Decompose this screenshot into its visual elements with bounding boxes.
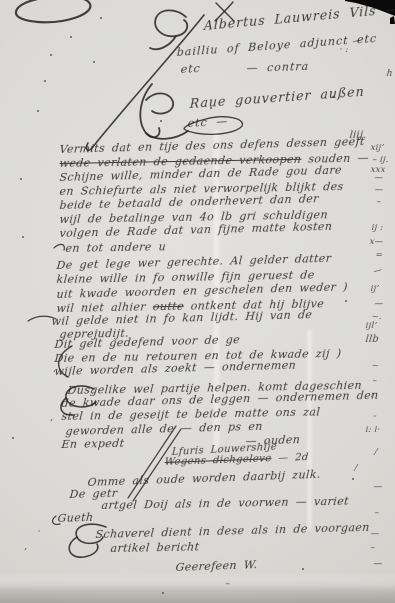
paper-speck	[302, 568, 304, 570]
paper-speck	[44, 80, 46, 82]
paper-speck	[70, 36, 72, 38]
paper-speck	[162, 592, 164, 594]
paper-specks	[0, 0, 395, 603]
paper-speck	[160, 120, 162, 122]
paper-speck	[37, 110, 39, 112]
paper-speck	[352, 478, 354, 480]
paper-speck	[100, 17, 102, 19]
paper-speck	[50, 54, 52, 56]
paper-speck	[22, 236, 24, 238]
paper-speck	[93, 61, 95, 63]
manuscript-page: Albertus Lauwreis Vils —bailliu of Beloy…	[0, 0, 395, 603]
paper-speck	[12, 437, 14, 439]
paper-speck	[20, 178, 22, 180]
paper-speck	[210, 107, 212, 109]
paper-speck	[332, 96, 334, 98]
paper-speck	[345, 300, 347, 302]
